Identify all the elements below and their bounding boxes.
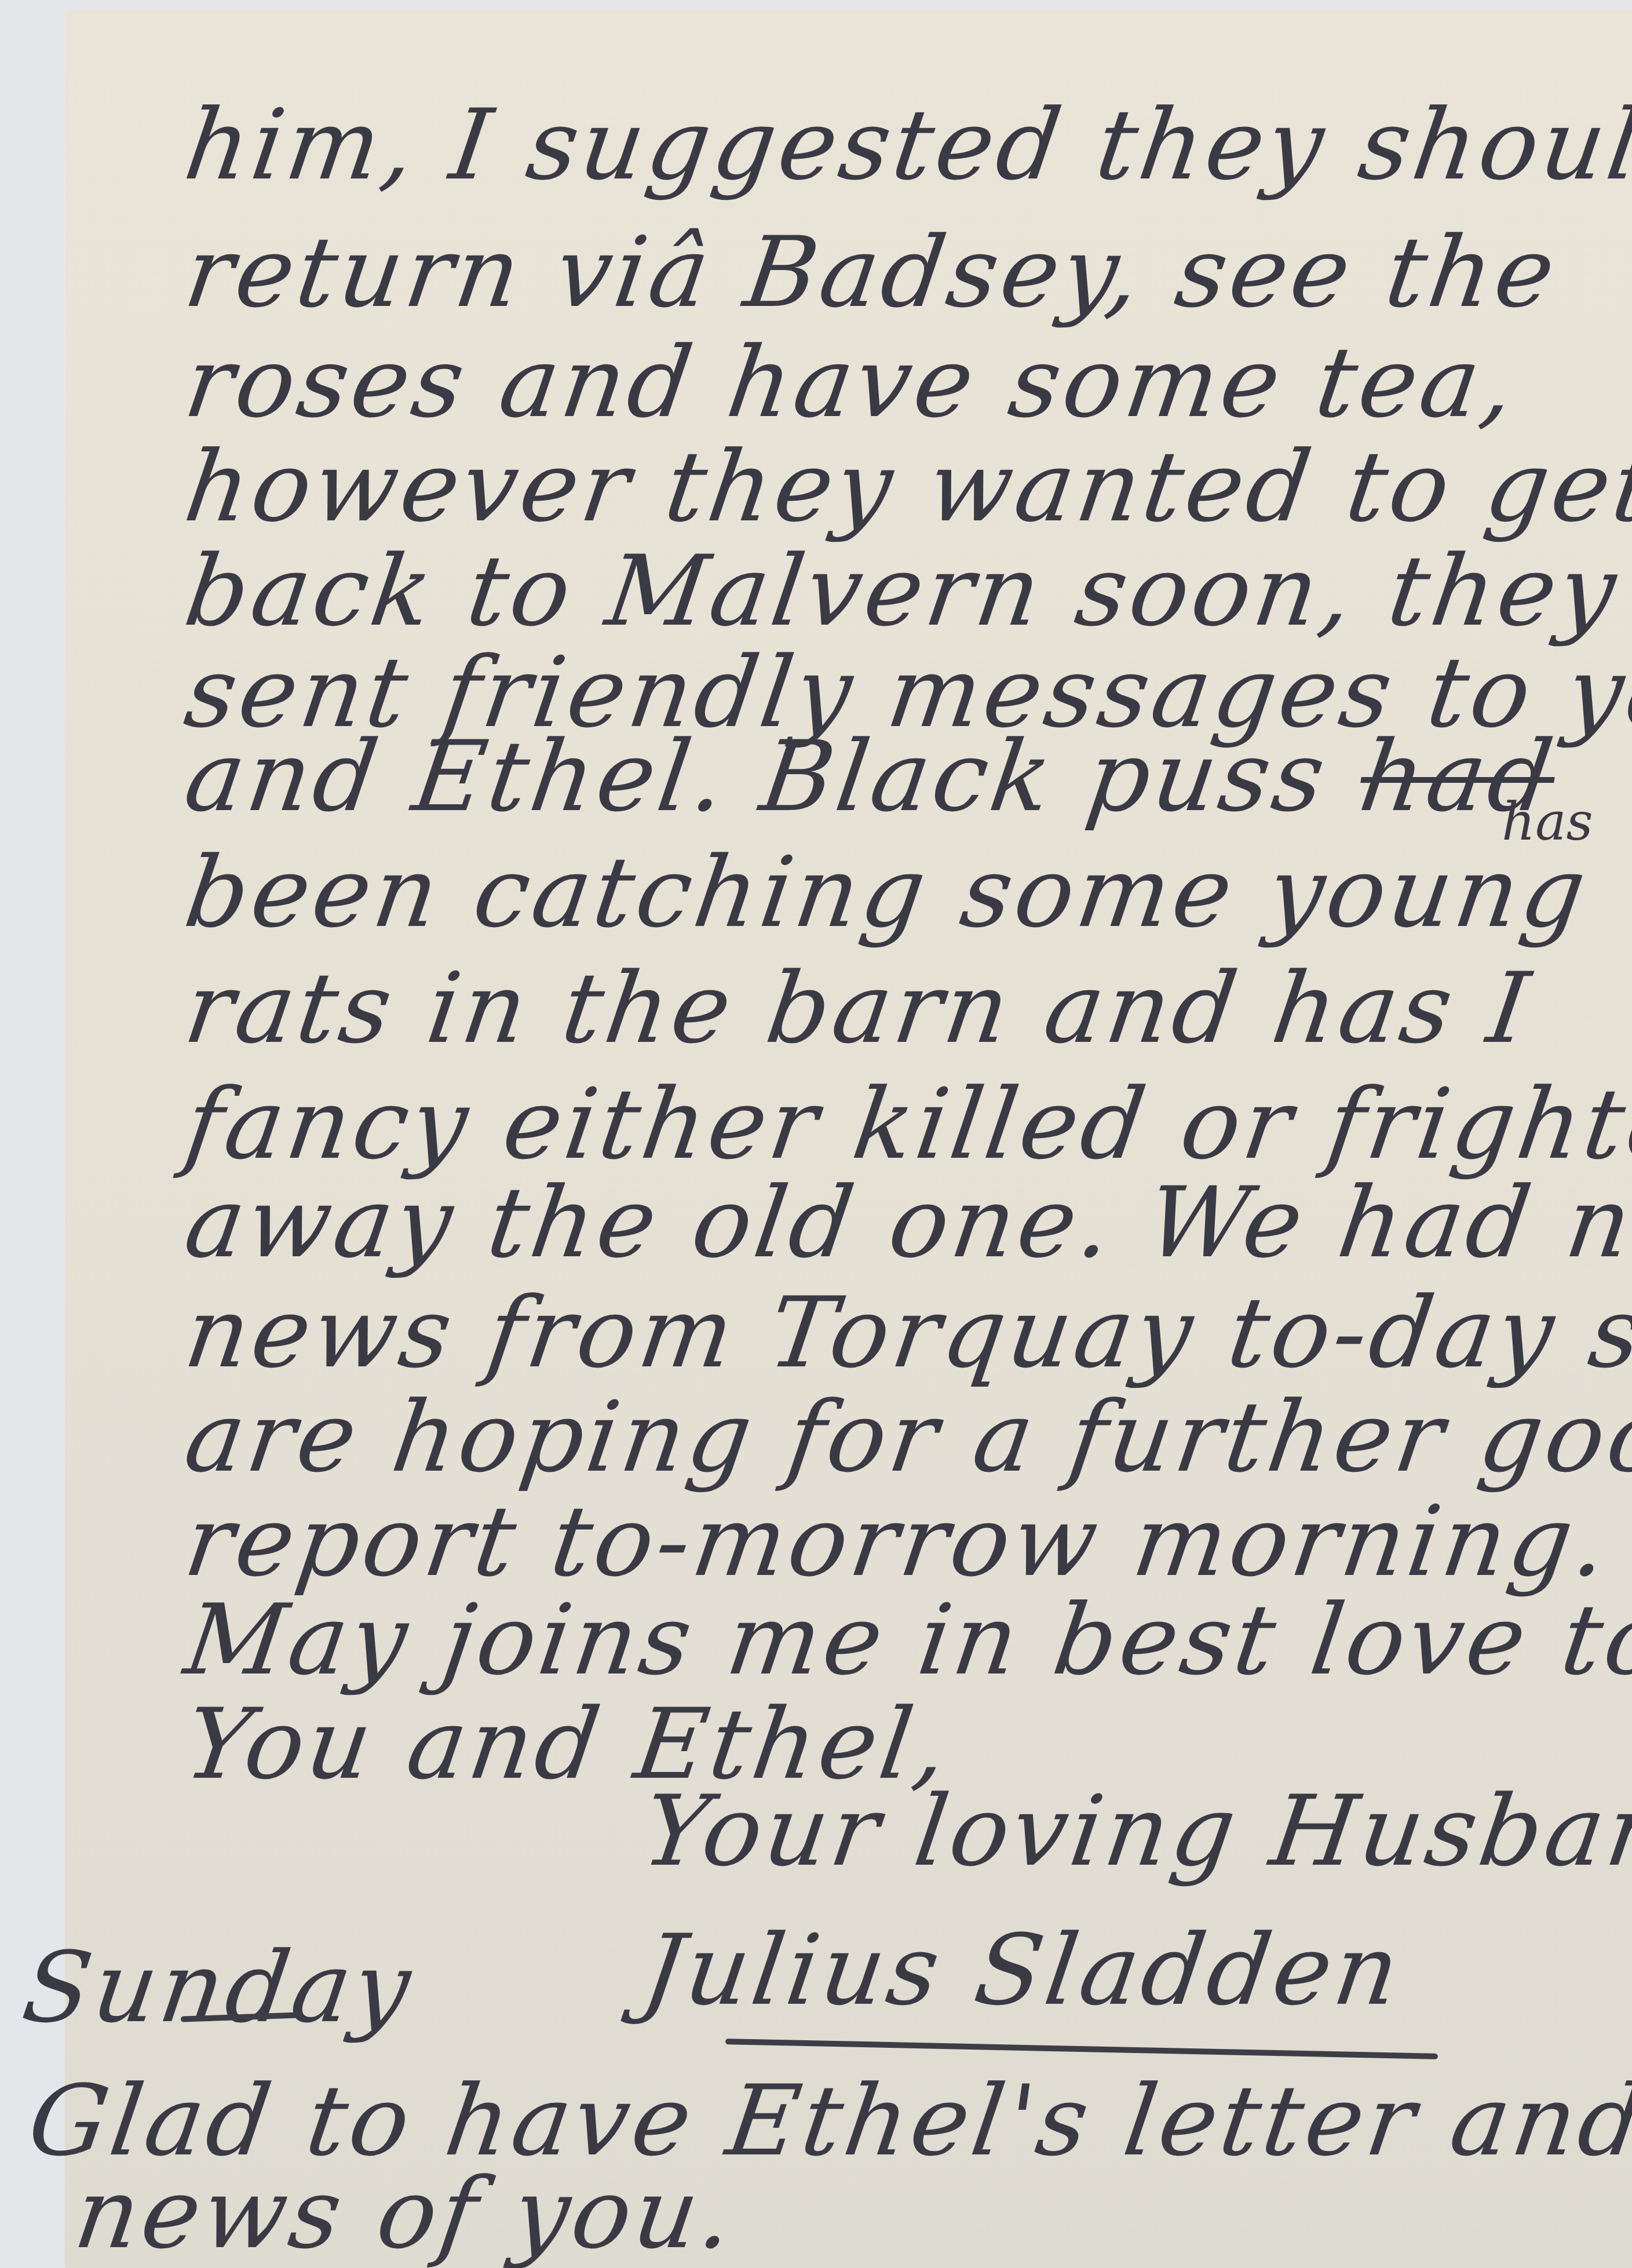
letter-line: rats in the barn and has I	[180, 960, 1538, 1057]
letter-line: away the old one. We had no	[180, 1174, 1632, 1271]
letter-line: news from Torquay to-day so	[180, 1284, 1632, 1381]
letter-line: and Ethel. Black puss had	[180, 728, 1561, 825]
letter-line: roses and have some tea,	[180, 334, 1524, 431]
letter-line: are hoping for a further good	[180, 1388, 1632, 1486]
letter-line: however they wanted to get	[180, 438, 1632, 535]
closing: Your loving Husband	[637, 1782, 1632, 1880]
letter-line: him, I suggested they should	[180, 96, 1632, 194]
day-label: Sunday	[17, 1939, 419, 2036]
letter-line: been catching some young	[180, 844, 1594, 941]
letter-line: report to-morrow morning.	[180, 1493, 1616, 1590]
letter-line: return viâ Badsey, see the	[180, 224, 1564, 321]
postscript-line: news of you.	[70, 2165, 742, 2262]
letter-line: back to Malvern soon, they	[180, 542, 1624, 640]
letter-line: fancy either killed or frightened	[180, 1075, 1632, 1173]
signature-underline	[725, 2039, 1438, 2059]
postscript-line: Glad to have Ethel's letter and good	[23, 2072, 1632, 2169]
letter-line: May joins me in best love to	[180, 1591, 1632, 1689]
letter-page: him, I suggested they should return viâ …	[65, 9, 1632, 2268]
signature: Julius Sladden	[637, 1921, 1408, 2019]
letter-line-text: and Ethel. Black puss	[178, 720, 1335, 833]
